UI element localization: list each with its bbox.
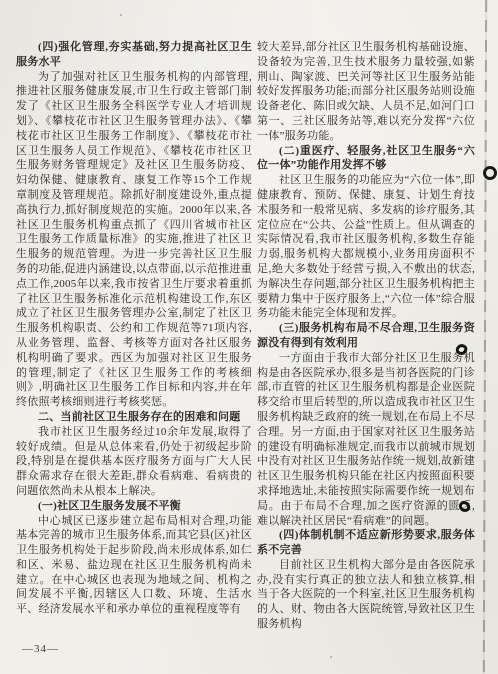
scan-speck [470,260,472,262]
section-heading: 二、当前社区卫生服务存在的困难和问题 [16,410,252,425]
binding-hole-icon [483,166,497,180]
section-heading: (三)服务机构布局不尽合理,卫生服务资源没有得到有效利用 [257,321,475,351]
right-text-column: 较大差异,部分社区卫生服务机构基础设施、设备较为完善,卫生技术服务力量较强,如紫… [257,40,475,632]
scan-speck [120,14,122,16]
scan-speck [330,656,332,658]
section-heading: (一)社区卫生服务发展不平衡 [16,499,252,514]
scan-edge-line [483,0,487,674]
page-number: —34— [22,643,59,655]
body-paragraph: 较大差异,部分社区卫生服务机构基础设施、设备较为完善,卫生技术服务力量较强,如紫… [257,40,475,144]
body-paragraph: 社区卫生服务的功能应为“六位一体”,即健康教育、预防、保健、康复、计划生育技术服… [257,173,475,321]
section-heading: (四)体制机制不适应新形势要求,服务体系不完善 [257,528,475,558]
body-paragraph: 一方面由于我市大部分社区卫生服务机构是由各医院承办,很多是当初各医院的门诊部,市… [257,351,475,529]
body-paragraph: 我市社区卫生服务经过10余年发展,取得了较好成绩。但是从总体来看,仍处于初级起步… [16,425,252,499]
section-heading: (二)重医疗、轻服务,社区卫生服务“六位一体”功能作用发挥不够 [257,144,475,174]
body-paragraph: 为了加强对社区卫生服务机构的内部管理,推进社区服务健康发展,市卫生行政主管部门制… [16,70,252,410]
left-text-column: (四)强化管理,夯实基础,努力提高社区卫生服务水平 为了加强对社区卫生服务机构的… [16,40,252,617]
section-heading: (四)强化管理,夯实基础,努力提高社区卫生服务水平 [16,40,252,70]
scanned-document-page: (四)强化管理,夯实基础,努力提高社区卫生服务水平 为了加强对社区卫生服务机构的… [0,0,498,674]
body-paragraph: 目前社区卫生机构大部分是由各医院承办,没有实行真正的独立法人和独立核算,相当于各… [257,558,475,632]
body-paragraph: 中心城区已逐步建立起布局相对合理,功能基本完善的城市卫生服务体系,而其它县(区)… [16,514,252,618]
